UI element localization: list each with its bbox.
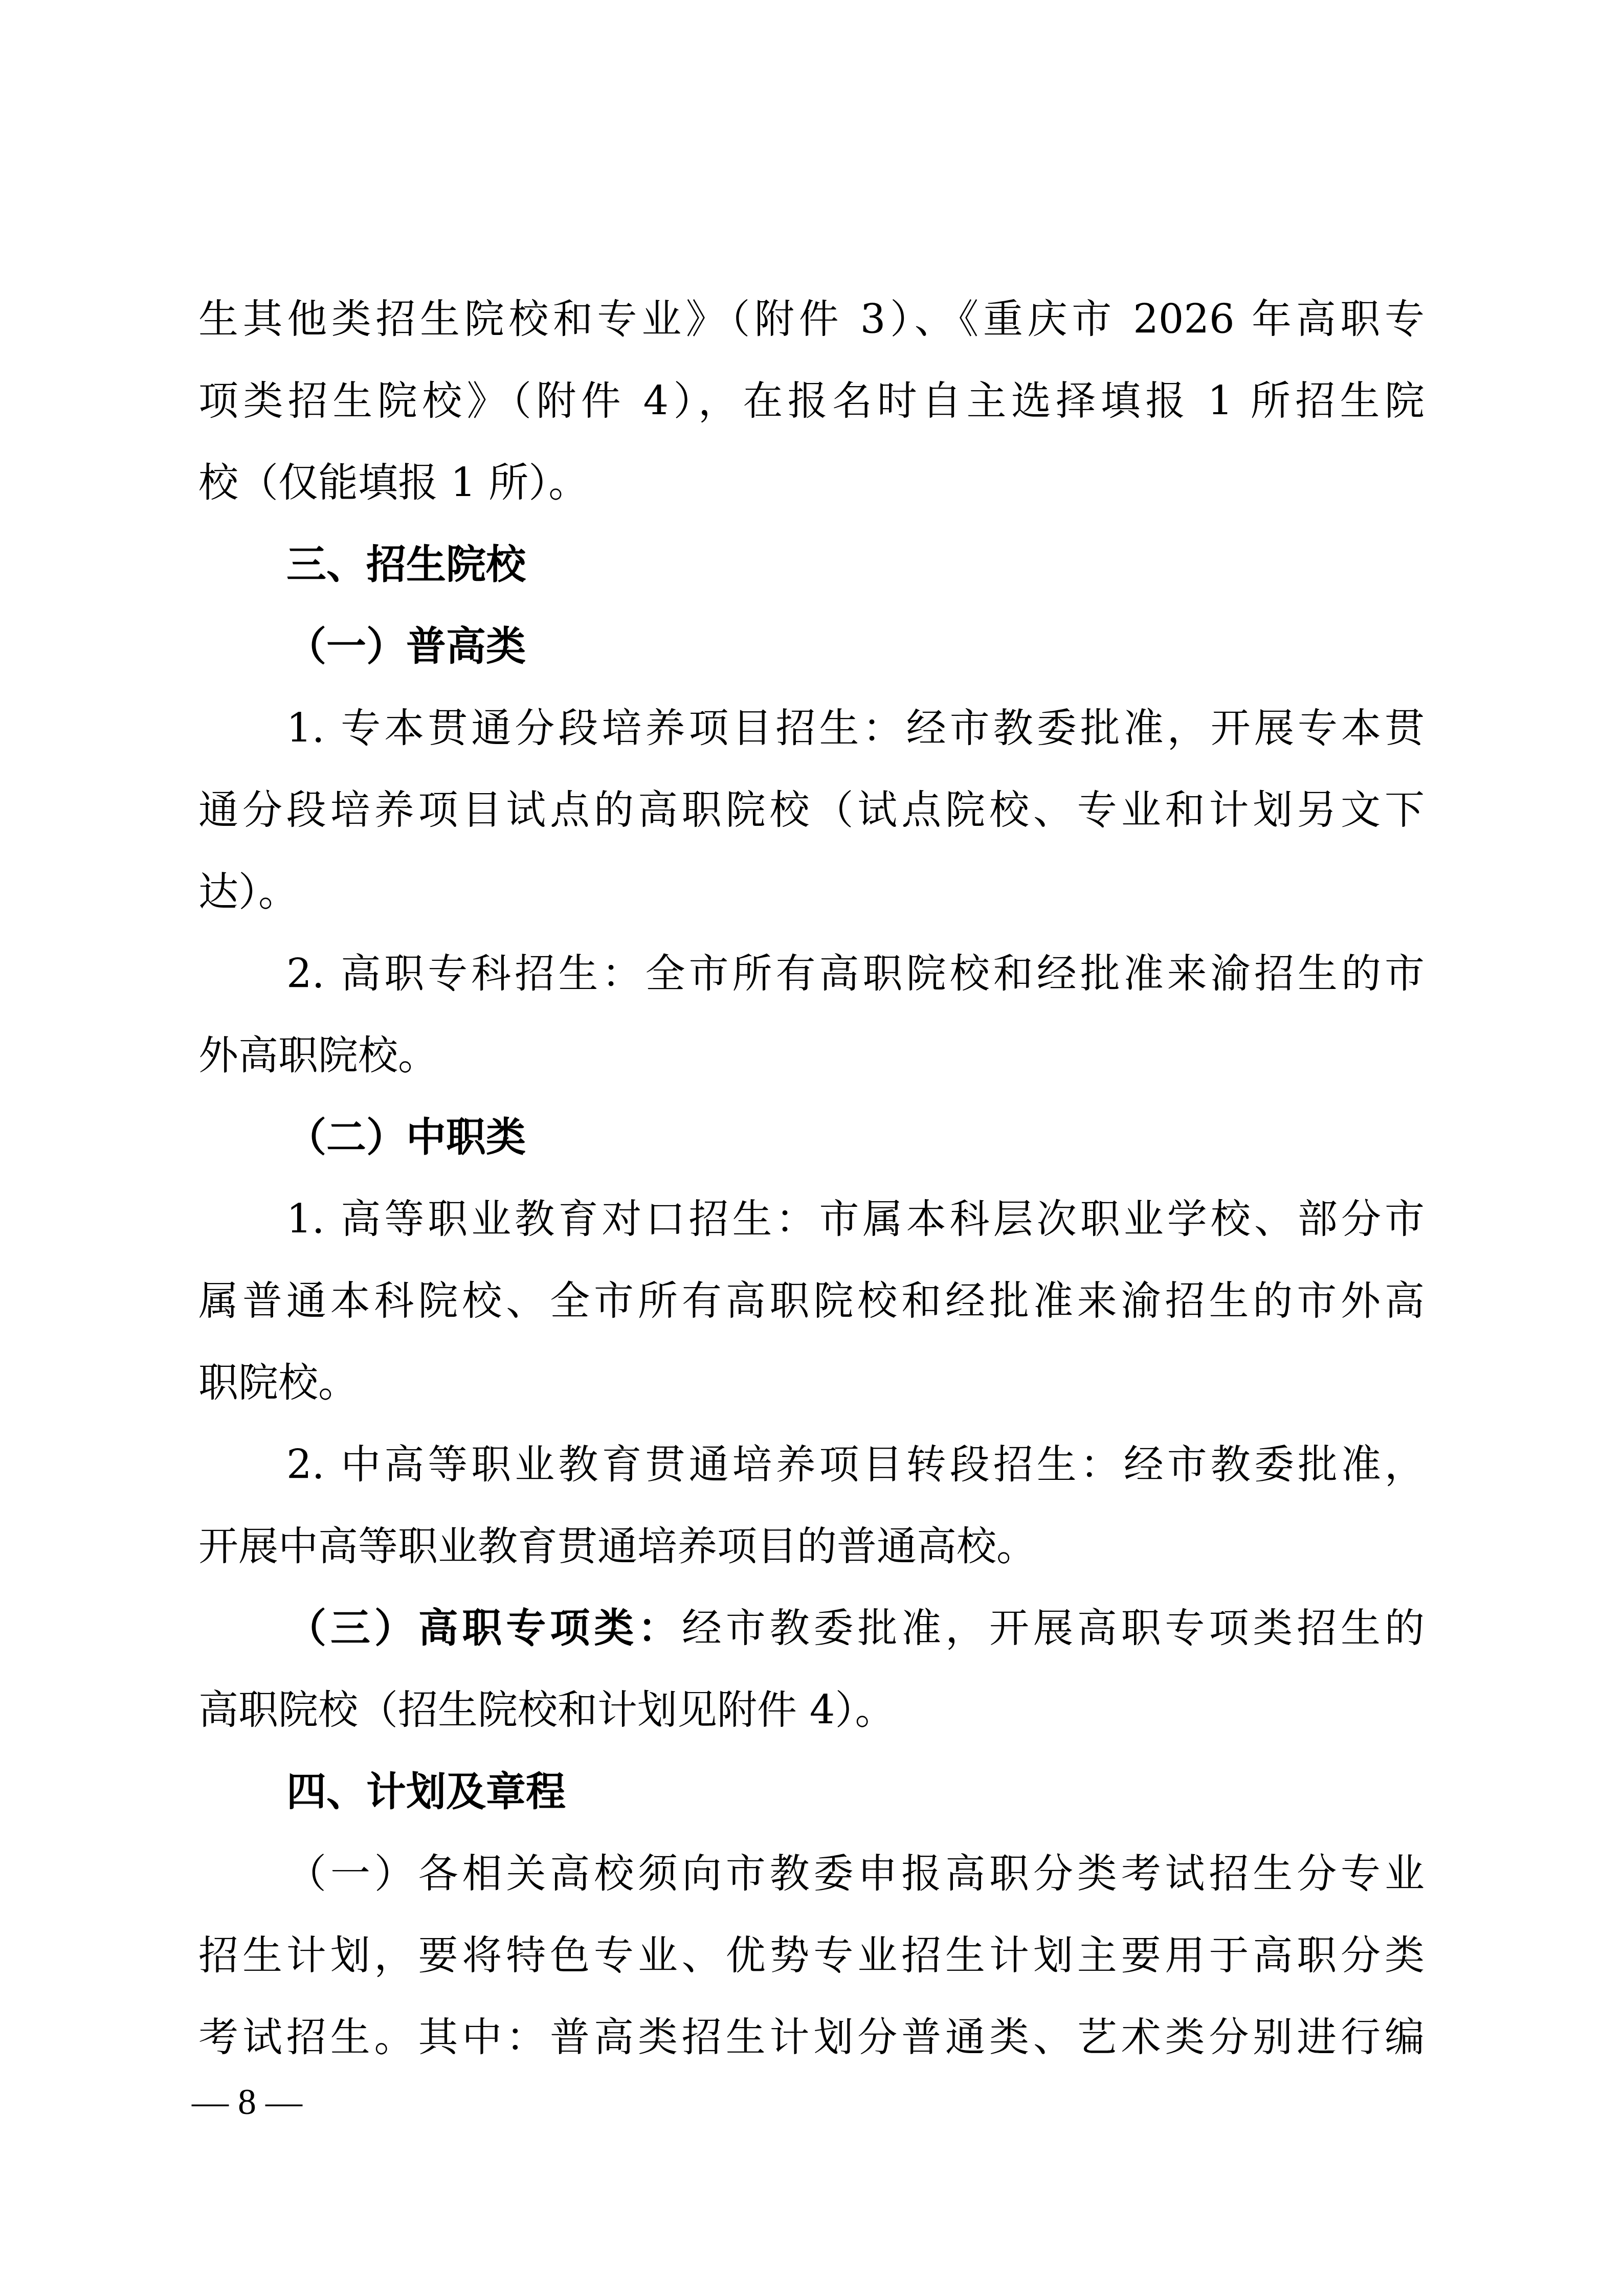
- paragraph-text: 经市教委批准，开展高职专项类招生的: [682, 1606, 1425, 1652]
- paragraph-line: 达）。: [198, 851, 1425, 933]
- document-page: 生其他类招生院校和专业》（附件 3）、《重庆市 2026 年高职专 项类招生院校…: [0, 0, 1624, 2296]
- subsection-heading-3-3: （三）高职专项类：: [286, 1605, 682, 1652]
- paragraph-line: 生其他类招生院校和专业》（附件 3）、《重庆市 2026 年高职专: [198, 279, 1425, 361]
- paragraph-line: 高职院校（招生院校和计划见附件 4）。: [198, 1670, 1425, 1751]
- subsection-3-3-line: （三）高职专项类：经市教委批准，开展高职专项类招生的: [198, 1588, 1425, 1670]
- paragraph-line: （一）各相关高校须向市教委申报高职分类考试招生分专业: [198, 1833, 1425, 1915]
- section-heading-4: 四、计划及章程: [198, 1751, 1425, 1833]
- paragraph-line: 外高职院校。: [198, 1015, 1425, 1097]
- paragraph-line: 2. 中高等职业教育贯通培养项目转段招生：经市教委批准，: [198, 1424, 1425, 1506]
- paragraph-line: 招生计划，要将特色专业、优势专业招生计划主要用于高职分类: [198, 1915, 1425, 1997]
- paragraph-line: 项类招生院校》（附件 4），在报名时自主选择填报 1 所招生院: [198, 361, 1425, 442]
- paragraph-line: 通分段培养项目试点的高职院校（试点院校、专业和计划另文下: [198, 770, 1425, 851]
- paragraph-line: 属普通本科院校、全市所有高职院校和经批准来渝招生的市外高: [198, 1260, 1425, 1342]
- subsection-heading-3-1: （一）普高类: [198, 606, 1425, 688]
- subsection-heading-3-2: （二）中职类: [198, 1097, 1425, 1179]
- paragraph-line: 1. 高等职业教育对口招生：市属本科层次职业学校、部分市: [198, 1179, 1425, 1260]
- paragraph-line: 职院校。: [198, 1342, 1425, 1424]
- section-heading-3: 三、招生院校: [198, 524, 1425, 606]
- paragraph-line: 校（仅能填报 1 所）。: [198, 442, 1425, 524]
- page-number: — 8 —: [192, 2076, 302, 2127]
- paragraph-line: 考试招生。其中：普高类招生计划分普通类、艺术类分别进行编: [198, 1997, 1425, 2079]
- paragraph-line: 2. 高职专科招生：全市所有高职院校和经批准来渝招生的市: [198, 933, 1425, 1015]
- paragraph-line: 1. 专本贯通分段培养项目招生：经市教委批准，开展专本贯: [198, 688, 1425, 770]
- paragraph-line: 开展中高等职业教育贯通培养项目的普通高校。: [198, 1506, 1425, 1588]
- document-body: 生其他类招生院校和专业》（附件 3）、《重庆市 2026 年高职专 项类招生院校…: [198, 279, 1425, 2079]
